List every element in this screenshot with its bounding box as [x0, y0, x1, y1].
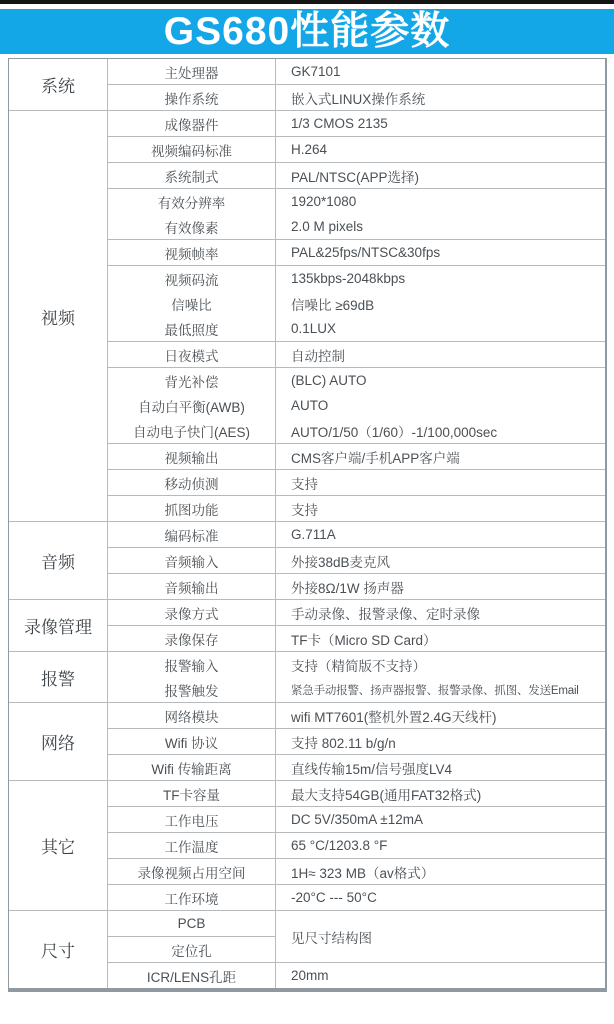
value-cell: 135kbps-2048kbps [276, 265, 605, 291]
param-cell: 操作系统 [108, 84, 276, 110]
param-cell: 工作温度 [108, 832, 276, 858]
value-cell: TF卡（Micro SD Card） [276, 625, 605, 651]
value-cell: 支持（精简版不支持） [276, 651, 605, 677]
value-cell: GK7101 [276, 59, 605, 84]
param-cell: Wifi 传输距离 [108, 754, 276, 780]
value-cell: H.264 [276, 136, 605, 162]
table-row: 尺寸PCB见尺寸结构图 [9, 910, 605, 936]
param-cell: Wifi 协议 [108, 728, 276, 754]
param-cell: PCB [108, 910, 276, 936]
value-cell: (BLC) AUTO [276, 367, 605, 393]
param-cell: 报警输入 [108, 651, 276, 677]
value-cell: 65 °C/1203.8 °F [276, 832, 605, 858]
param-cell: 报警触发 [108, 677, 276, 702]
param-cell: ICR/LENS孔距 [108, 962, 276, 988]
category-cell: 其它 [9, 780, 108, 910]
table-row: 系统主处理器GK7101 [9, 59, 605, 84]
value-cell: 信噪比 ≥69dB [276, 291, 605, 316]
param-cell: 工作环境 [108, 884, 276, 910]
spec-table-frame: 系统主处理器GK7101操作系统嵌入式LINUX操作系统视频成像器件1/3 CM… [8, 58, 607, 992]
param-cell: TF卡容量 [108, 780, 276, 806]
param-cell: 视频编码标准 [108, 136, 276, 162]
category-cell: 报警 [9, 651, 108, 702]
param-cell: 音频输出 [108, 573, 276, 599]
value-cell: 1H≈ 323 MB（av格式） [276, 858, 605, 884]
param-cell: 视频码流 [108, 265, 276, 291]
value-cell: 嵌入式LINUX操作系统 [276, 84, 605, 110]
table-row: 报警报警输入支持（精简版不支持） [9, 651, 605, 677]
category-cell: 网络 [9, 702, 108, 780]
param-cell: 自动白平衡(AWB) [108, 393, 276, 418]
spec-table-body: 系统主处理器GK7101操作系统嵌入式LINUX操作系统视频成像器件1/3 CM… [9, 59, 605, 988]
title-banner: GS680性能参数 [0, 9, 614, 54]
param-cell: 视频输出 [108, 443, 276, 469]
page-title: GS680性能参数 [164, 10, 450, 53]
value-cell: 见尺寸结构图 [276, 910, 605, 962]
value-cell: G.711A [276, 521, 605, 547]
category-cell: 视频 [9, 110, 108, 521]
value-cell: 外接38dB麦克风 [276, 547, 605, 573]
param-cell: 成像器件 [108, 110, 276, 136]
param-cell: 编码标准 [108, 521, 276, 547]
value-cell: 0.1LUX [276, 316, 605, 341]
param-cell: 视频帧率 [108, 239, 276, 265]
value-cell: 最大支持54GB(通用FAT32格式) [276, 780, 605, 806]
table-row: 录像管理录像方式手动录像、报警录像、定时录像 [9, 599, 605, 625]
param-cell: 定位孔 [108, 936, 276, 962]
param-cell: 自动电子快门(AES) [108, 418, 276, 443]
param-cell: 系统制式 [108, 162, 276, 188]
param-cell: 录像视频占用空间 [108, 858, 276, 884]
category-cell: 尺寸 [9, 910, 108, 988]
value-cell: 手动录像、报警录像、定时录像 [276, 599, 605, 625]
param-cell: 日夜模式 [108, 341, 276, 367]
spec-table: 系统主处理器GK7101操作系统嵌入式LINUX操作系统视频成像器件1/3 CM… [9, 59, 605, 988]
param-cell: 主处理器 [108, 59, 276, 84]
value-cell: AUTO [276, 393, 605, 418]
param-cell: 录像保存 [108, 625, 276, 651]
category-cell: 系统 [9, 59, 108, 110]
param-cell: 音频输入 [108, 547, 276, 573]
value-cell: 支持 [276, 495, 605, 521]
value-cell: 1/3 CMOS 2135 [276, 110, 605, 136]
value-cell: 直线传输15m/信号强度LV4 [276, 754, 605, 780]
value-cell: wifi MT7601(整机外置2.4G天线杆) [276, 702, 605, 728]
value-cell: AUTO/1/50（1/60）-1/100,000sec [276, 418, 605, 443]
param-cell: 移动侦测 [108, 469, 276, 495]
param-cell: 背光补偿 [108, 367, 276, 393]
param-cell: 抓图功能 [108, 495, 276, 521]
param-cell: 录像方式 [108, 599, 276, 625]
table-row: 视频成像器件1/3 CMOS 2135 [9, 110, 605, 136]
value-cell: 支持 [276, 469, 605, 495]
top-border-bar [0, 0, 614, 4]
table-row: 其它TF卡容量最大支持54GB(通用FAT32格式) [9, 780, 605, 806]
param-cell: 有效像素 [108, 214, 276, 239]
value-cell: 紧急手动报警、扬声器报警、报警录像、抓图、发送Email [276, 677, 605, 702]
value-cell: PAL&25fps/NTSC&30fps [276, 239, 605, 265]
value-cell: -20°C --- 50°C [276, 884, 605, 910]
value-cell: 20mm [276, 962, 605, 988]
value-cell: 2.0 M pixels [276, 214, 605, 239]
value-cell: 外接8Ω/1W 扬声器 [276, 573, 605, 599]
value-cell: 自动控制 [276, 341, 605, 367]
value-cell: DC 5V/350mA ±12mA [276, 806, 605, 832]
value-cell: 支持 802.11 b/g/n [276, 728, 605, 754]
category-cell: 音频 [9, 521, 108, 599]
category-cell: 录像管理 [9, 599, 108, 651]
param-cell: 工作电压 [108, 806, 276, 832]
value-cell: 1920*1080 [276, 188, 605, 214]
value-cell: CMS客户端/手机APP客户端 [276, 443, 605, 469]
table-row: 网络网络模块wifi MT7601(整机外置2.4G天线杆) [9, 702, 605, 728]
table-row: 音频编码标准G.711A [9, 521, 605, 547]
param-cell: 网络模块 [108, 702, 276, 728]
param-cell: 最低照度 [108, 316, 276, 341]
param-cell: 有效分辨率 [108, 188, 276, 214]
param-cell: 信噪比 [108, 291, 276, 316]
value-cell: PAL/NTSC(APP选择) [276, 162, 605, 188]
